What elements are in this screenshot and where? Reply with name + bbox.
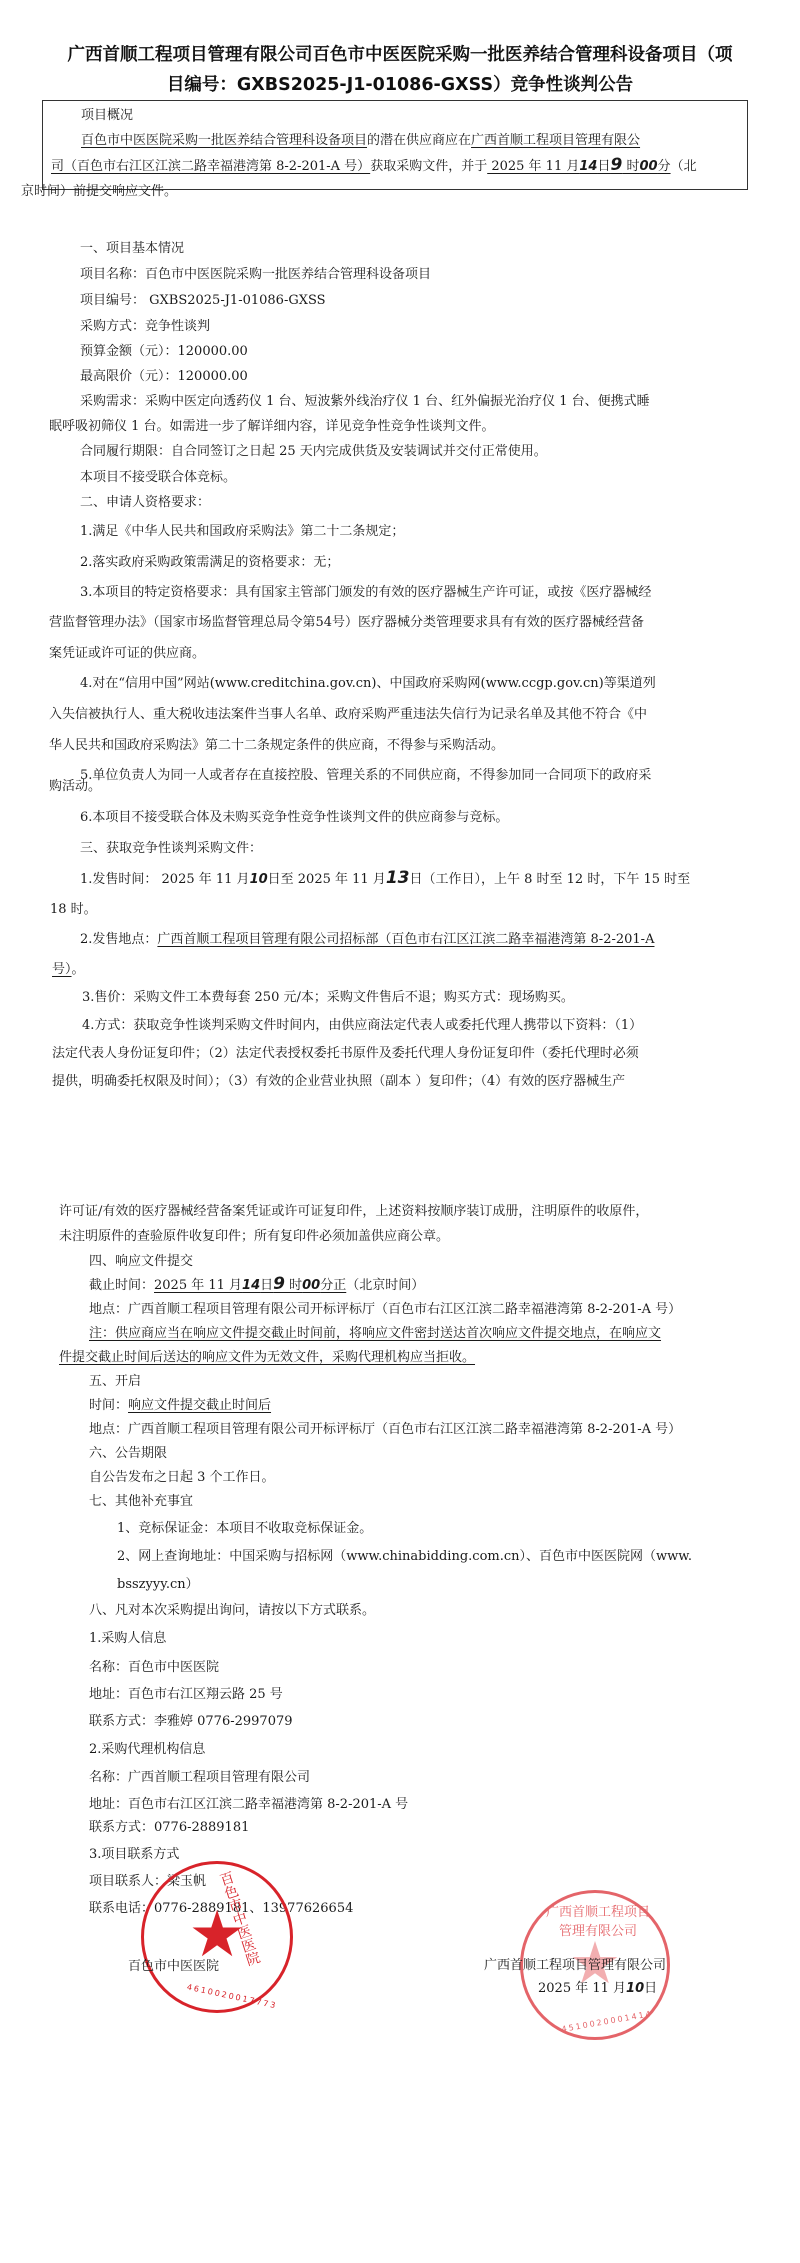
agency-address: 地址：百色市右江区江滨二路幸福港湾第 8-2-201-A 号 [89, 1793, 408, 1812]
sale-place-end: 号）。 [52, 958, 85, 977]
acquisition-method-2: 法定代表人身份证复印件；（2）法定代表授权委托书原件及委托代理人身份证复印件（委… [52, 1042, 639, 1061]
purchaser-address: 地址：百色市右江区翔云路 25 号 [89, 1683, 283, 1702]
agency-contact: 联系方式：0776-2889181 [89, 1816, 249, 1835]
overview-agency: 广西首顺工程项目管理有限公 [471, 133, 640, 148]
hospital-seal: ★ 百色市中医医院 4610020017773 [141, 1861, 293, 2013]
sale-time: 1.发售时间： 2025 年 11 月10日至 2025 年 11 月13日（工… [80, 868, 690, 888]
purchaser-name: 名称：百色市中医医院 [89, 1656, 219, 1675]
handwritten-day: 14 [242, 1278, 260, 1293]
section3-heading: 三、获取竞争性谈判采购文件： [80, 837, 262, 856]
contract-period: 合同履行期限：自合同签订之日起 25 天内完成供货及安装调试并交付正常使用。 [80, 440, 547, 459]
qualification-5-end: 购活动。 [49, 775, 101, 794]
procurement-demand-1: 采购需求：采购中医定向透药仪 1 台、短波紫外线治疗仪 1 台、红外偏振光治疗仪… [80, 390, 650, 409]
sale-time-end: 18 时。 [50, 898, 97, 917]
project-overview-box: 项目概况 百色市中医医院采购一批医养结合管理科设备项目的潜在供应商应在广西首顺工… [42, 100, 748, 190]
opening-time: 时间：响应文件提交截止时间后 [89, 1394, 271, 1413]
section7-heading: 七、其他补充事宜 [89, 1490, 193, 1509]
handwritten-minute: 00 [639, 159, 657, 174]
submission-deadline: 截止时间：2025 年 11 月14日9 时00分正（北京时间） [89, 1274, 424, 1294]
overview-project-name: 百色市中医医院采购一批医养结合管理科设备项目 [81, 133, 367, 148]
qualification-3-end: 案凭证或许可证的供应商。 [49, 642, 205, 661]
acquisition-method-1: 4.方式：获取竞争性谈判采购文件时间内，由供应商法定代表人或委托代理人携带以下资… [82, 1014, 642, 1033]
handwritten-hour: 9 [273, 1274, 285, 1294]
qualification-4-cont: 入失信被执行人、重大税收违法案件当事人名单、政府采购严重违法失信行为记录名单及其… [49, 703, 647, 722]
qualification-3-cont: 营监督管理办法》（国家市场监督管理总局令第54号）医疗器械分类管理要求具有有效的… [49, 611, 644, 630]
project-contact-heading: 3.项目联系方式 [89, 1843, 179, 1862]
handwritten-end-day: 13 [386, 868, 410, 888]
qualification-6: 6.本项目不接受联合体及未购买竞争性竞争性谈判文件的供应商参与竞标。 [80, 806, 508, 825]
handwritten-start-day: 10 [250, 872, 268, 887]
sale-price: 3.售价：采购文件工本费每套 250 元/本；采购文件售后不退；购买方式：现场购… [82, 986, 574, 1005]
online-query-cont: bsszyyy.cn） [117, 1573, 199, 1592]
acquisition-method-5: 未注明原件的查验原件收复印件；所有复印件必须加盖供应商公章。 [59, 1225, 449, 1244]
section2-heading: 二、申请人资格要求： [80, 491, 210, 510]
qualification-3: 3.本项目的特定资格要求：具有国家主管部门颁发的有效的医疗器械生产许可证，或按《… [80, 581, 651, 600]
submission-place: 地点：广西首顺工程项目管理有限公司开标评标厅（百色市右江区江滨二路幸福港湾第 8… [89, 1298, 681, 1317]
agency-name: 名称：广西首顺工程项目管理有限公司 [89, 1766, 310, 1785]
title-line-1: 广西首顺工程项目管理有限公司百色市中医医院采购一批医养结合管理科设备项目（项 [30, 40, 770, 70]
document-title: 广西首顺工程项目管理有限公司百色市中医医院采购一批医养结合管理科设备项目（项 目… [30, 40, 770, 100]
handwritten-minute: 00 [302, 1278, 320, 1293]
procurement-method: 采购方式：竞争性谈判 [80, 315, 210, 334]
qualification-5: 5.单位负责人为同一人或者存在直接控股、管理关系的不同供应商，不得参加同一合同项… [80, 764, 651, 783]
section6-heading: 六、公告期限 [89, 1442, 167, 1461]
overview-agency-address: 司（百色市右江区江滨二路幸福港湾第 8-2-201-A 号） [51, 159, 370, 174]
agency-signature: 广西首顺工程项目管理有限公司 [484, 1954, 666, 1973]
handwritten-day: 14 [579, 159, 597, 174]
handwritten-hour: 9 [610, 155, 622, 175]
submission-note-2: 件提交截止时间后送达的响应文件为无效文件，采购代理机构应当拒收。 [59, 1346, 475, 1365]
section5-heading: 五、开启 [89, 1370, 141, 1389]
project-code: 项目编号： GXBS2025-J1-01086-GXSS [80, 289, 326, 308]
handwritten-date-day: 10 [626, 1981, 644, 1996]
procurement-demand-2: 眠呼吸初筛仪 1 台。如需进一步了解详细内容，详见竞争性竞争性谈判文件。 [49, 415, 495, 434]
qualification-2: 2.落实政府采购政策需满足的资格要求：无； [80, 551, 339, 570]
overview-heading: 项目概况 [51, 103, 739, 128]
announcement-period: 自公告发布之日起 3 个工作日。 [89, 1466, 275, 1485]
overview-text: 百色市中医医院采购一批医养结合管理科设备项目的潜在供应商应在广西首顺工程项目管理… [51, 128, 739, 204]
submission-note-1: 注：供应商应当在响应文件提交截止时间前，将响应文件密封送达首次响应文件提交地点，… [89, 1322, 661, 1341]
agency-signature-date: 2025 年 11 月10日 [538, 1977, 657, 1996]
online-query: 2、网上查询地址：中国采购与招标网（www.chinabidding.com.c… [117, 1545, 692, 1564]
hospital-signature: 百色市中医医院 [128, 1955, 219, 1974]
agency-heading: 2.采购代理机构信息 [89, 1738, 205, 1757]
section1-heading: 一、项目基本情况 [80, 237, 184, 256]
announcement-page: 广西首顺工程项目管理有限公司百色市中医医院采购一批医养结合管理科设备项目（项 目… [0, 0, 800, 2263]
max-price: 最高限价（元）：120000.00 [80, 365, 248, 384]
purchaser-contact: 联系方式：李雅婷 0776-2997079 [89, 1710, 293, 1729]
purchaser-heading: 1.采购人信息 [89, 1627, 166, 1646]
overview-deadline: 2025 年 11 月14日9 时00分 [487, 159, 670, 174]
section4-heading: 四、响应文件提交 [89, 1250, 193, 1269]
no-consortium: 本项目不接受联合体竞标。 [80, 466, 236, 485]
qualification-4: 4.对在“信用中国”网站(www.creditchina.gov.cn)、中国政… [80, 672, 656, 691]
deposit-note: 1、竞标保证金：本项目不收取竞标保证金。 [117, 1517, 372, 1536]
acquisition-method-3: 提供，明确委托权限及时间）；（3）有效的企业营业执照（副本 ）复印件；（4）有效… [52, 1070, 625, 1089]
qualification-1: 1.满足《中华人民共和国政府采购法》第二十二条规定； [80, 520, 404, 539]
budget-amount: 预算金额（元）：120000.00 [80, 340, 248, 359]
opening-place: 地点：广西首顺工程项目管理有限公司开标评标厅（百色市右江区江滨二路幸福港湾第 8… [89, 1418, 681, 1437]
project-name: 项目名称：百色市中医医院采购一批医养结合管理科设备项目 [80, 263, 431, 282]
section8-heading: 八、凡对本次采购提出询问，请按以下方式联系。 [89, 1599, 375, 1618]
qualification-4-end: 华人民共和国政府采购法》第二十二条规定条件的供应商，不得参与采购活动。 [49, 734, 504, 753]
acquisition-method-4: 许可证/有效的医疗器械经营备案凭证或许可证复印件，上述资料按顺序装订成册，注明原… [59, 1200, 648, 1219]
title-line-2: 目编号：GXBS2025-J1-01086-GXSS）竞争性谈判公告 [30, 70, 770, 100]
sale-place: 2.发售地点：广西首顺工程项目管理有限公司招标部（百色市右江区江滨二路幸福港湾第… [80, 928, 654, 947]
